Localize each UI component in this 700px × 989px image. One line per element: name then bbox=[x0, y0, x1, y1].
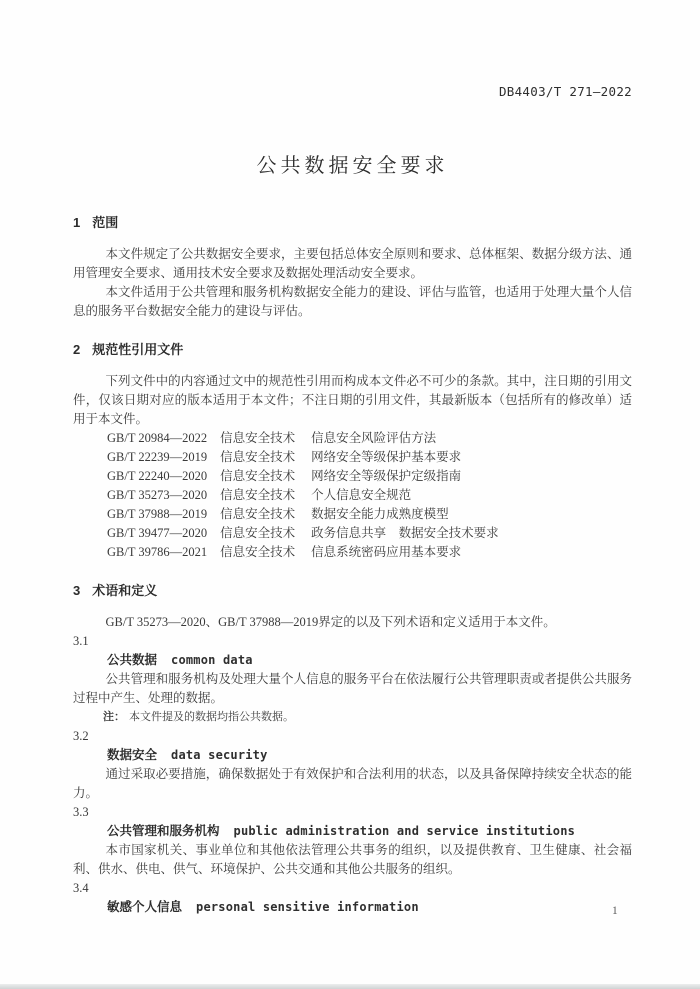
term-chinese: 敏感个人信息 bbox=[107, 900, 182, 914]
reference-item: GB/T 35273—2020信息安全技术个人信息安全规范 bbox=[73, 486, 632, 505]
document-page: DB4403/T 271—2022 公共数据安全要求 1范围 本文件规定了公共数… bbox=[0, 0, 700, 989]
references-intro: 下列文件中的内容通过文中的规范性引用而构成本文件必不可少的条款。其中，注日期的引… bbox=[73, 372, 632, 429]
page-bottom-edge bbox=[0, 984, 700, 989]
term-entry-3-1: 3.1 公共数据common data 公共管理和服务机构及处理大量个人信息的服… bbox=[73, 632, 632, 727]
terms-intro: GB/T 35273—2020、GB/T 37988—2019界定的以及下列术语… bbox=[73, 613, 632, 632]
reference-field: 信息安全技术 bbox=[220, 507, 295, 521]
reference-item: GB/T 22239—2019信息安全技术网络安全等级保护基本要求 bbox=[73, 448, 632, 467]
section-heading-normative-references: 2规范性引用文件 bbox=[73, 341, 632, 359]
term-number: 3.3 bbox=[73, 803, 632, 822]
term-definition: 公共管理和服务机构及处理大量个人信息的服务平台在依法履行公共管理职责或者提供公共… bbox=[73, 670, 632, 708]
term-note: 注：本文件提及的数据均指公共数据。 bbox=[103, 708, 632, 727]
term-english: data security bbox=[171, 748, 268, 762]
term-number: 3.2 bbox=[73, 727, 632, 746]
standard-code: DB4403/T 271—2022 bbox=[73, 84, 632, 100]
note-text: 本文件提及的数据均指公共数据。 bbox=[129, 711, 294, 723]
term-english: common data bbox=[171, 653, 253, 667]
term-entry-3-3: 3.3 公共管理和服务机构public administration and s… bbox=[73, 803, 632, 879]
term-number: 3.4 bbox=[73, 879, 632, 898]
reference-code: GB/T 39786—2021 bbox=[107, 545, 207, 559]
reference-field: 信息安全技术 bbox=[220, 431, 295, 445]
reference-field: 信息安全技术 bbox=[220, 450, 295, 464]
reference-field: 信息安全技术 bbox=[220, 545, 295, 559]
term-number: 3.1 bbox=[73, 632, 632, 651]
reference-code: GB/T 37988—2019 bbox=[107, 507, 207, 521]
document-title: 公共数据安全要求 bbox=[73, 152, 632, 180]
reference-title: 网络安全等级保护基本要求 bbox=[311, 450, 461, 464]
term-chinese: 公共管理和服务机构 bbox=[107, 824, 220, 838]
section-title: 术语和定义 bbox=[92, 583, 157, 598]
page-number: 1 bbox=[612, 903, 618, 919]
reference-code: GB/T 22240—2020 bbox=[107, 469, 207, 483]
reference-title: 网络安全等级保护定级指南 bbox=[311, 469, 461, 483]
scope-paragraph-2: 本文件适用于公共管理和服务机构数据安全能力的建设、评估与监管，也适用于处理大量个… bbox=[73, 283, 632, 321]
reference-code: GB/T 35273—2020 bbox=[107, 488, 207, 502]
section-number: 2 bbox=[73, 342, 80, 357]
reference-code: GB/T 39477—2020 bbox=[107, 526, 207, 540]
note-label: 注： bbox=[103, 711, 125, 723]
term-english: public administration and service instit… bbox=[234, 824, 576, 838]
term-line: 数据安全data security bbox=[107, 746, 632, 765]
scope-paragraph-1: 本文件规定了公共数据安全要求，主要包括总体安全原则和要求、总体框架、数据分级方法… bbox=[73, 245, 632, 283]
reference-title: 数据安全能力成熟度模型 bbox=[311, 507, 449, 521]
reference-item: GB/T 39477—2020信息安全技术政务信息共享 数据安全技术要求 bbox=[73, 524, 632, 543]
page-content: DB4403/T 271—2022 公共数据安全要求 1范围 本文件规定了公共数… bbox=[0, 0, 700, 917]
section-heading-terms: 3术语和定义 bbox=[73, 582, 632, 600]
reference-title: 政务信息共享 数据安全技术要求 bbox=[311, 526, 499, 540]
section-heading-scope: 1范围 bbox=[73, 214, 632, 232]
reference-field: 信息安全技术 bbox=[220, 469, 295, 483]
term-chinese: 数据安全 bbox=[107, 748, 157, 762]
reference-item: GB/T 39786—2021信息安全技术信息系统密码应用基本要求 bbox=[73, 543, 632, 562]
section-title: 范围 bbox=[92, 215, 118, 230]
section-title: 规范性引用文件 bbox=[92, 342, 183, 357]
term-english: personal sensitive information bbox=[196, 900, 419, 914]
reference-title: 个人信息安全规范 bbox=[311, 488, 411, 502]
section-number: 1 bbox=[73, 215, 80, 230]
term-definition: 通过采取必要措施，确保数据处于有效保护和合法利用的状态，以及具备保障持续安全状态… bbox=[73, 765, 632, 803]
term-line: 敏感个人信息personal sensitive information bbox=[107, 898, 632, 917]
term-line: 公共数据common data bbox=[107, 651, 632, 670]
term-definition: 本市国家机关、事业单位和其他依法管理公共事务的组织，以及提供教育、卫生健康、社会… bbox=[73, 841, 632, 879]
reference-code: GB/T 20984—2022 bbox=[107, 431, 207, 445]
term-entry-3-4: 3.4 敏感个人信息personal sensitive information bbox=[73, 879, 632, 917]
reference-code: GB/T 22239—2019 bbox=[107, 450, 207, 464]
reference-field: 信息安全技术 bbox=[220, 488, 295, 502]
term-line: 公共管理和服务机构public administration and servi… bbox=[107, 822, 632, 841]
term-chinese: 公共数据 bbox=[107, 653, 157, 667]
reference-title: 信息安全风险评估方法 bbox=[311, 431, 436, 445]
reference-item: GB/T 22240—2020信息安全技术网络安全等级保护定级指南 bbox=[73, 467, 632, 486]
reference-field: 信息安全技术 bbox=[220, 526, 295, 540]
section-number: 3 bbox=[73, 583, 80, 598]
reference-list: GB/T 20984—2022信息安全技术信息安全风险评估方法 GB/T 222… bbox=[73, 429, 632, 562]
reference-title: 信息系统密码应用基本要求 bbox=[311, 545, 461, 559]
term-entry-3-2: 3.2 数据安全data security 通过采取必要措施，确保数据处于有效保… bbox=[73, 727, 632, 803]
reference-item: GB/T 37988—2019信息安全技术数据安全能力成熟度模型 bbox=[73, 505, 632, 524]
reference-item: GB/T 20984—2022信息安全技术信息安全风险评估方法 bbox=[73, 429, 632, 448]
